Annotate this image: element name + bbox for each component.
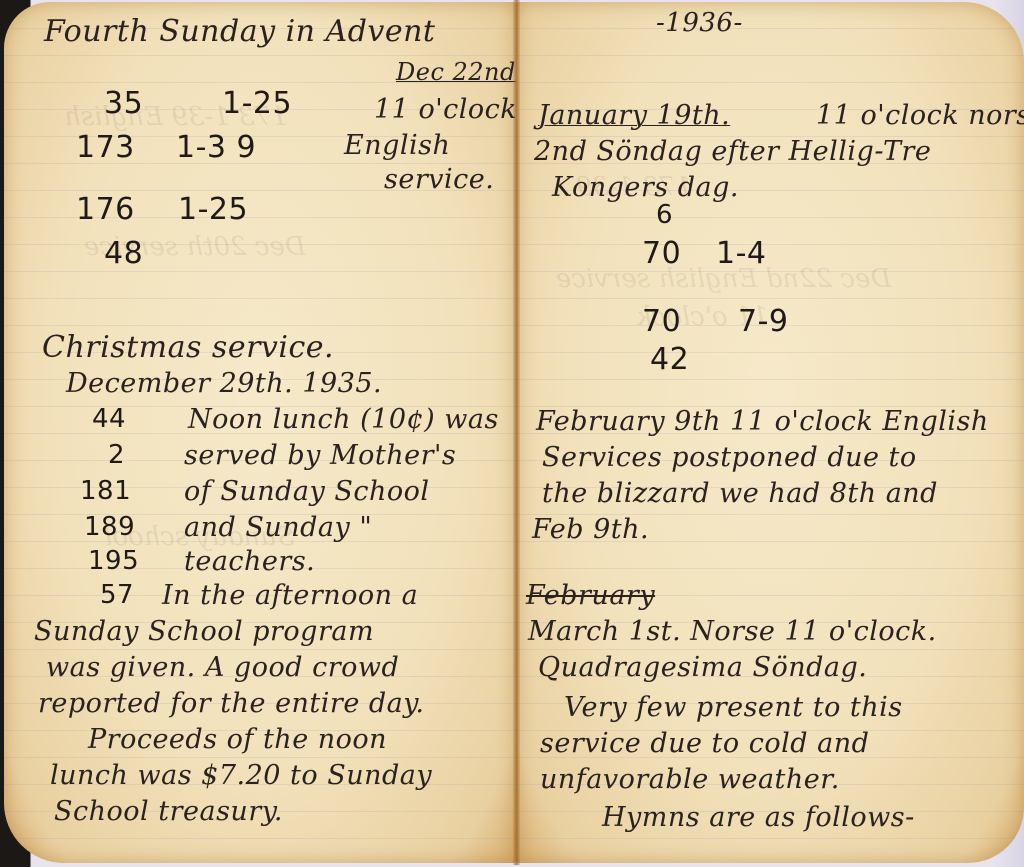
march-line: Hymns are as follows- (602, 802, 915, 833)
note-line: Noon lunch (10¢) was (188, 404, 499, 435)
hymn-number: 181 (80, 476, 131, 506)
christmas-date: December 29th. 1935. (66, 368, 382, 399)
feb-line: Feb 9th. (532, 514, 649, 545)
note-line: was given. A good crowd (46, 652, 399, 683)
hymn-number: 70 (642, 304, 681, 339)
note-line: Proceeds of the noon (88, 724, 387, 755)
hymn-number: 6 (656, 200, 673, 230)
left-page: 173 1-39 English Dec 20th service Sunday… (4, 2, 516, 863)
jan-line2: 2nd Söndag efter Hellig-Tre (534, 136, 931, 167)
hymn-verses: 1-25 (178, 192, 248, 227)
jan-date: January 19th. (538, 100, 730, 131)
binding-gutter (513, 0, 520, 865)
advent-service-lang: English (344, 130, 450, 161)
hymn-verses: 7-9 (738, 304, 789, 339)
jan-time: 11 o'clock norse (816, 100, 1024, 131)
hymn-number: 35 (104, 86, 143, 121)
struck-month: February (526, 580, 655, 611)
march-line: unfavorable weather. (540, 764, 840, 795)
hymn-number: 44 (92, 404, 126, 434)
year-heading: -1936- (656, 8, 743, 38)
feb-line: the blizzard we had 8th and (542, 478, 938, 509)
march-line: Quadragesima Söndag. (538, 652, 867, 683)
notebook-spread: 173 1-39 English Dec 20th service Sunday… (4, 0, 1024, 865)
note-line: lunch was $7.20 to Sunday (50, 760, 432, 791)
advent-service: service. (384, 164, 494, 195)
march-line: March 1st. Norse 11 o'clock. (528, 616, 937, 647)
advent-time: 11 o'clock (374, 94, 516, 125)
note-line: Sunday School program (34, 616, 374, 647)
note-line: served by Mother's (184, 440, 456, 471)
note-line: reported for the entire day. (38, 688, 425, 719)
hymn-number: 176 (76, 192, 135, 227)
hymn-verses: 1-4 (716, 236, 767, 271)
hymn-number: 2 (108, 440, 125, 470)
hymn-number: 189 (84, 512, 135, 542)
hymn-number: 57 (100, 580, 134, 610)
march-line: Very few present to this (564, 692, 903, 723)
advent-title: Fourth Sunday in Advent (44, 14, 435, 49)
note-line: teachers. (184, 546, 315, 577)
note-line: In the afternoon a (162, 580, 418, 611)
jan-line3: Kongers dag. (552, 172, 739, 203)
hymn-verses: 1-25 (222, 86, 292, 121)
feb-line: Services postponed due to (542, 442, 917, 473)
note-line: School treasury. (54, 796, 283, 827)
hymn-number: 42 (650, 342, 689, 377)
hymn-number: 173 (76, 130, 135, 165)
advent-date: Dec 22nd (396, 58, 516, 86)
note-line: and Sunday " (184, 512, 372, 543)
christmas-title: Christmas service. (42, 330, 334, 365)
hymn-verses: 1-3 9 (176, 130, 256, 165)
note-line: of Sunday School (184, 476, 429, 507)
right-page: 173 1-39 Dec 22nd English service 11 o'c… (516, 2, 1024, 863)
hymn-number: 195 (88, 546, 139, 576)
hymn-number: 70 (642, 236, 681, 271)
feb-line: February 9th 11 o'clock English (536, 406, 989, 437)
march-line: service due to cold and (540, 728, 869, 759)
hymn-number: 48 (104, 236, 143, 271)
